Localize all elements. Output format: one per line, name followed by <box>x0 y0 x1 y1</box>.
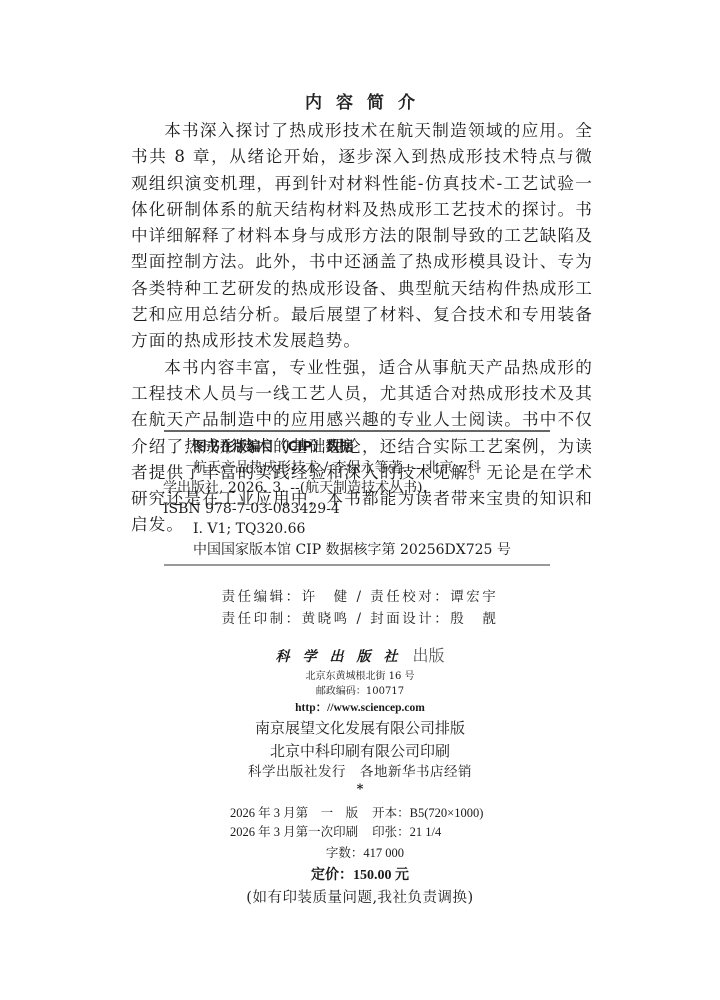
separator-asterisk: * <box>0 782 720 797</box>
cip-top-rule <box>164 430 550 432</box>
price: 定价：150.00 元 <box>0 864 720 884</box>
cip-isbn: ISBN 978-7-03-083429-4 <box>163 499 553 520</box>
cip-line: 学出版社, 2026. 3. --(航天制造技术丛书). <box>163 478 553 499</box>
publisher-suffix: 出版 <box>412 646 444 665</box>
credits-line-editors: 责任编辑：许 健 / 责任校对：谭宏宇 <box>0 586 720 608</box>
publisher-url: http：//www.sciencep.com <box>0 699 720 715</box>
cip-bottom-rule <box>164 564 550 566</box>
cip-record-number: 中国国家版本馆 CIP 数据核字第 20256DX725 号 <box>163 540 553 561</box>
publisher-postcode: 邮政编码：100717 <box>0 684 720 699</box>
edition-printing: 2026 年 3 月第一次印刷 <box>230 825 358 839</box>
quality-notice: (如有印装质量问题,我社负责调换) <box>0 886 720 907</box>
publisher-address-block: 北京东黄城根北街 16 号 邮政编码：100717 <box>0 669 720 699</box>
cip-classification: Ⅰ. V1; TQ320.66 <box>163 519 553 540</box>
typesetter: 南京展望文化发展有限公司排版 <box>0 717 720 740</box>
distribution: 科学出版社发行 各地新华书店经销 <box>0 762 720 782</box>
cip-heading: 图书在版编目（CIP）数据 <box>163 437 553 458</box>
edition-sheets: 印张：21 1/4 <box>372 825 441 839</box>
summary-paragraph: 本书深入探讨了热成形技术在航天制造领域的应用。全书共 8 章，从绪论开始，逐步深… <box>131 118 593 355</box>
publisher-line: 科学出版社出版 <box>0 643 720 666</box>
cip-block: 图书在版编目（CIP）数据 航天产品热成形技术 / 李保永等著. -- 北京 :… <box>163 437 553 560</box>
editorial-credits: 责任编辑：许 健 / 责任校对：谭宏宇 责任印制：黄晓鸣 / 封面设计：殷 靓 <box>0 586 720 630</box>
word-count: 字数：417 000 <box>0 843 720 861</box>
edition-format: 开本：B5(720×1000) <box>372 806 483 820</box>
cip-line: 航天产品热成形技术 / 李保永等著. -- 北京 : 科 <box>163 458 553 479</box>
edition-first: 2026 年 3 月第 一 版 <box>230 806 358 820</box>
publisher-address: 北京东黄城根北街 16 号 <box>0 669 720 684</box>
publisher-logo: 科学出版社 <box>275 649 410 665</box>
printing-info: 南京展望文化发展有限公司排版 北京中科印刷有限公司印刷 科学出版社发行 各地新华… <box>0 717 720 782</box>
page-title: 内容简介 <box>0 88 720 113</box>
printer: 北京中科印刷有限公司印刷 <box>0 740 720 762</box>
edition-info: 2026 年 3 月第 一 版开本：B5(720×1000) 2026 年 3 … <box>230 804 530 842</box>
credits-line-production: 责任印制：黄晓鸣 / 封面设计：殷 靓 <box>0 608 720 630</box>
